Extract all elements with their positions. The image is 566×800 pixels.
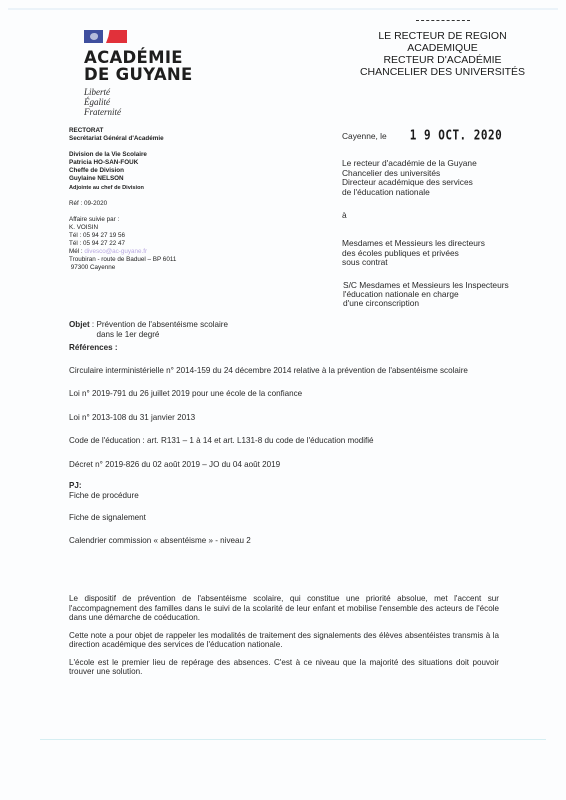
references-title: Références : [69, 343, 499, 353]
flag-red-part [110, 30, 127, 43]
reference-number: Réf : 09-2020 [69, 200, 279, 208]
recteur-line: ACADEMIQUE [340, 42, 545, 54]
document-page: ACADÉMIE DE GUYANE Liberté Égalité Frate… [0, 0, 566, 800]
academie-name: ACADÉMIE DE GUYANE [84, 49, 193, 83]
adjointe-name: Guylaine NELSON [69, 175, 279, 183]
letter-body: Objet : Prévention de l'absentéisme scol… [69, 320, 499, 677]
date-stamp: 1 9 OCT. 2020 [410, 130, 503, 141]
recteur-line: RECTEUR D'ACADÉMIE [340, 54, 545, 66]
objet-label: Objet [69, 320, 90, 339]
objet-line-2: dans le 1er degré [96, 330, 228, 340]
divider [416, 20, 470, 21]
scan-artifact-top [8, 8, 558, 10]
adjointe-title: Adjointe au chef de Division [69, 184, 279, 192]
objet-section: Objet : Prévention de l'absentéisme scol… [69, 320, 499, 339]
email-link[interactable]: divesco@ac-guyane.fr [84, 248, 147, 255]
chef-title: Cheffe de Division [69, 167, 279, 175]
academie-name-line2: DE GUYANE [84, 66, 193, 83]
to-word: à [342, 211, 552, 220]
objet-separator: : [90, 320, 97, 339]
affaire-label: Affaire suivie par : [69, 216, 279, 224]
email-label: Mél : [69, 248, 84, 255]
reference-item: Loi n° 2013-108 du 31 janvier 2013 [69, 413, 499, 423]
motto-egalite: Égalité [84, 97, 193, 107]
body-paragraph: L'école est le premier lieu de repérage … [69, 658, 499, 677]
republic-motto: Liberté Égalité Fraternité [84, 87, 193, 117]
academie-logo: ACADÉMIE DE GUYANE Liberté Égalité Frate… [84, 30, 193, 117]
place-label: Cayenne, le [342, 132, 387, 141]
scan-artifact-bottom [40, 739, 546, 740]
objet-line-1: Prévention de l'absentéisme scolaire [96, 320, 228, 330]
from-line: de l'éducation nationale [342, 188, 552, 197]
division-label: Division de la Vie Scolaire [69, 151, 279, 159]
email-line: Mél : divesco@ac-guyane.fr [69, 248, 279, 256]
address-line-2: 97300 Cayenne [69, 264, 279, 272]
reference-item: Loi n° 2019-791 du 26 juillet 2019 pour … [69, 389, 499, 399]
recteur-line: LE RECTEUR DE REGION [340, 30, 545, 42]
marianne-flag-icon [84, 30, 132, 44]
affaire-name: K. VOISIN [69, 224, 279, 232]
pj-title: PJ: [69, 481, 499, 491]
motto-liberte: Liberté [84, 87, 193, 97]
recteur-heading: LE RECTEUR DE REGION ACADEMIQUE RECTEUR … [340, 20, 545, 78]
phone-2: Tél : 05 94 27 22 47 [69, 240, 279, 248]
academie-name-line1: ACADÉMIE [84, 49, 193, 66]
motto-fraternite: Fraternité [84, 107, 193, 117]
recteur-line: CHANCELIER DES UNIVERSITÉS [340, 66, 545, 78]
flag-blue-part [84, 30, 103, 43]
to-line: sous contrat [342, 258, 552, 267]
phone-1: Tél : 05 94 27 19 56 [69, 232, 279, 240]
sender-block: RECTORAT Secrétariat Général d'Académie … [69, 127, 279, 272]
sc-line: d'une circonscription [342, 299, 552, 308]
reference-item: Décret n° 2019-826 du 02 août 2019 – JO … [69, 460, 499, 470]
address-line-1: Troubiran - route de Baduel – BP 6011 [69, 256, 279, 264]
date-line: Cayenne, le 1 9 OCT. 2020 [342, 131, 552, 141]
secretariat-label: Secrétariat Général d'Académie [69, 135, 279, 143]
body-paragraph: Le dispositif de prévention de l'absenté… [69, 594, 499, 623]
reference-item: Code de l'éducation : art. R131 – 1 à 14… [69, 436, 499, 446]
rectorat-label: RECTORAT [69, 127, 279, 135]
chef-name: Patricia HO-SAN-FOUK [69, 159, 279, 167]
pj-item: Fiche de procédure [69, 491, 499, 501]
body-paragraph: Cette note a pour objet de rappeler les … [69, 631, 499, 650]
pj-item: Calendrier commission « absentéisme » - … [69, 536, 499, 546]
reference-item: Circulaire interministérielle n° 2014-15… [69, 366, 499, 376]
recipient-block: Cayenne, le 1 9 OCT. 2020 Le recteur d'a… [342, 131, 552, 309]
pj-item: Fiche de signalement [69, 513, 499, 523]
